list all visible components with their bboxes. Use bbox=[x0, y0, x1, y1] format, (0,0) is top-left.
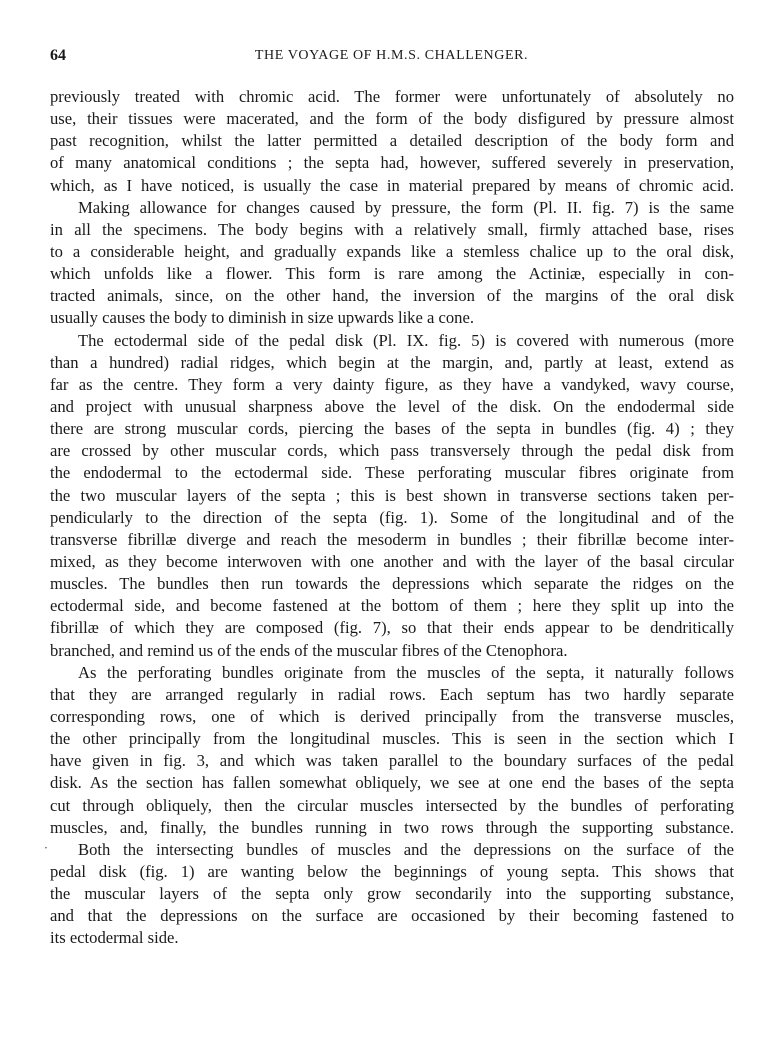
text-line: far as the centre. They form a very dain… bbox=[50, 374, 734, 396]
text-line: disk. As the section has fallen somewhat… bbox=[50, 772, 734, 794]
document-page: 64 THE VOYAGE OF H.M.S. CHALLENGER. prev… bbox=[0, 0, 776, 1050]
text-line: transverse fibrillæ diverge and reach th… bbox=[50, 529, 734, 551]
text-line: and project with unusual sharpness above… bbox=[50, 396, 734, 418]
text-line: are crossed by other muscular cords, whi… bbox=[50, 440, 734, 462]
stray-dot-mark: · bbox=[44, 841, 48, 855]
text-line: usually causes the body to diminish in s… bbox=[50, 307, 734, 329]
text-line: pedal disk (fig. 1) are wanting below th… bbox=[50, 861, 734, 883]
text-line: which, as I have noticed, is usually the… bbox=[50, 175, 734, 197]
text-line: to a considerable height, and gradually … bbox=[50, 241, 734, 263]
paragraph-3: The ectodermal side of the pedal disk (P… bbox=[50, 330, 734, 662]
text-line: muscles, and, finally, the bundles runni… bbox=[50, 817, 734, 839]
text-line: there are strong muscular cords, piercin… bbox=[50, 418, 734, 440]
text-line: its ectodermal side. bbox=[50, 927, 734, 949]
paragraph-5: · Both the intersecting bundles of muscl… bbox=[50, 839, 734, 950]
text-line: Both the intersecting bundles of muscles… bbox=[50, 839, 734, 861]
text-line: The ectodermal side of the pedal disk (P… bbox=[50, 330, 734, 352]
text-line: in all the specimens. The body begins wi… bbox=[50, 219, 734, 241]
text-line: have given in fig. 3, and which was take… bbox=[50, 750, 734, 772]
text-line: previously treated with chromic acid. Th… bbox=[50, 86, 734, 108]
text-line: the endodermal to the ectodermal side. T… bbox=[50, 462, 734, 484]
text-line: mixed, as they become interwoven with on… bbox=[50, 551, 734, 573]
text-line: corresponding rows, one of which is deri… bbox=[50, 706, 734, 728]
paragraph-4: As the perforating bundles originate fro… bbox=[50, 662, 734, 839]
text-line: branched, and remind us of the ends of t… bbox=[50, 640, 734, 662]
text-line: than a hundred) radial ridges, which beg… bbox=[50, 352, 734, 374]
running-title: THE VOYAGE OF H.M.S. CHALLENGER. bbox=[50, 44, 733, 68]
text-line: tracted animals, since, on the other han… bbox=[50, 285, 734, 307]
text-line: which unfolds like a flower. This form i… bbox=[50, 263, 734, 285]
text-line: ectodermal side, and become fastened at … bbox=[50, 595, 734, 617]
text-line: fibrillæ of which they are composed (fig… bbox=[50, 617, 734, 639]
text-line: use, their tissues were macerated, and t… bbox=[50, 108, 734, 130]
text-line: As the perforating bundles originate fro… bbox=[50, 662, 734, 684]
text-line: past recognition, whilst the latter perm… bbox=[50, 130, 734, 152]
text-line: and that the depressions on the surface … bbox=[50, 905, 734, 927]
text-line: Making allowance for changes caused by p… bbox=[50, 197, 734, 219]
paragraph-2: Making allowance for changes caused by p… bbox=[50, 197, 734, 330]
text-line: muscles. The bundles then run towards th… bbox=[50, 573, 734, 595]
text-line: the muscular layers of the septa only gr… bbox=[50, 883, 734, 905]
text-line: the two muscular layers of the septa ; t… bbox=[50, 485, 734, 507]
text-line: of many anatomical conditions ; the sept… bbox=[50, 152, 734, 174]
text-line: cut through obliquely, then the circular… bbox=[50, 795, 734, 817]
text-line: the other principally from the longitudi… bbox=[50, 728, 734, 750]
text-line: pendicularly to the direction of the sep… bbox=[50, 507, 734, 529]
text-line: that they are arranged regularly in radi… bbox=[50, 684, 734, 706]
running-head: 64 THE VOYAGE OF H.M.S. CHALLENGER. bbox=[50, 44, 733, 68]
body-text: previously treated with chromic acid. Th… bbox=[50, 86, 734, 949]
paragraph-1: previously treated with chromic acid. Th… bbox=[50, 86, 734, 197]
